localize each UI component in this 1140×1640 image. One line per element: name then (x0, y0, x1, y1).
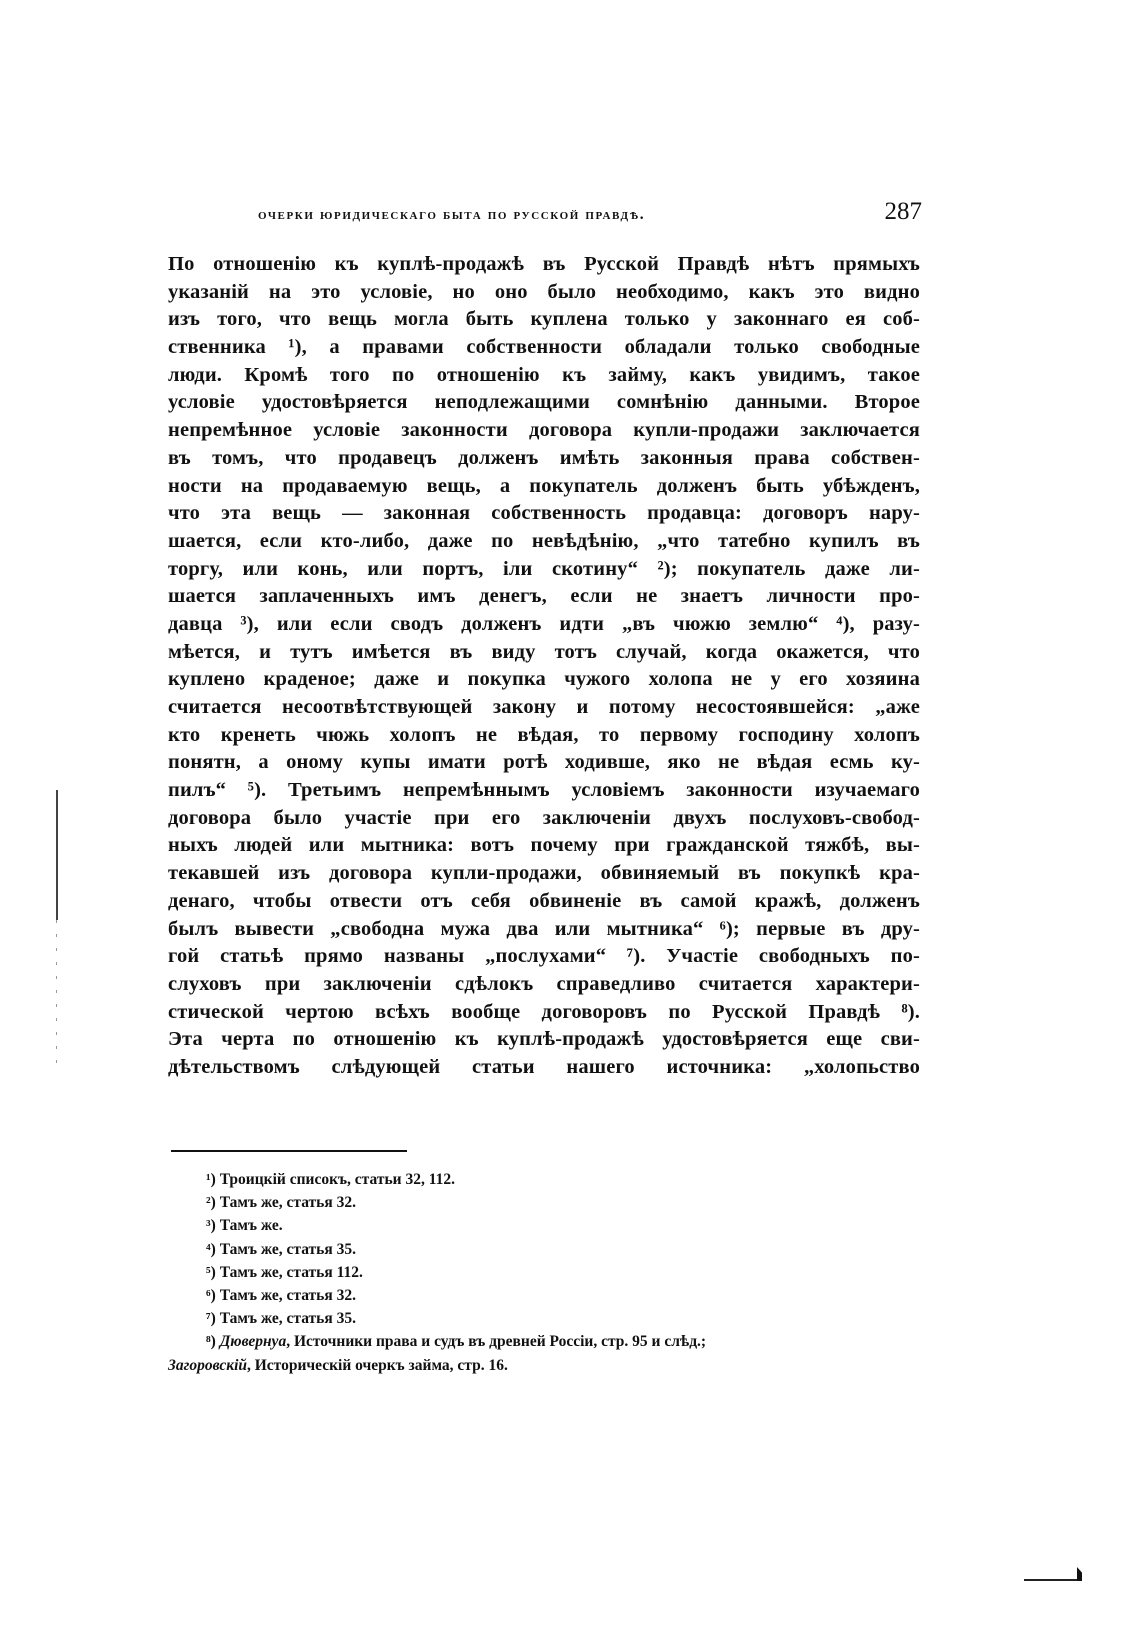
footnote-author: Дювернуа (220, 1333, 287, 1350)
text-line: Эта черта по отношенію къ куплѣ-продажѣ … (168, 1026, 920, 1054)
text-line: изъ того, что вещь могла быть куплена то… (168, 306, 920, 334)
text-line: куплено краденое; даже и покупка чужого … (168, 666, 920, 694)
footnote-text: Тамъ же, статья 112. (220, 1264, 363, 1281)
text-line: ственника ¹), а правами собственности об… (168, 334, 920, 362)
text-line: мѣется, и тутъ имѣется въ виду тотъ случ… (168, 639, 920, 667)
text-line: давца ³), или если сводъ долженъ идти „в… (168, 611, 920, 639)
footnote-text: , Историческій очеркъ займа, стр. 16. (247, 1357, 508, 1374)
text-line: указаній на это условіе, но оно было нео… (168, 279, 920, 307)
footnote-8-continued: Загоровскій, Историческій очеркъ займа, … (168, 1354, 920, 1377)
footnote-separator (171, 1150, 407, 1152)
footnote-mark: ⁴) (206, 1241, 216, 1258)
page-corner-mark-icon (1024, 1567, 1084, 1581)
footnote-mark: ⁵) (206, 1264, 216, 1281)
footnote-text: Тамъ же, статья 35. (220, 1310, 356, 1327)
text-line: непремѣнное условіе законности договора … (168, 417, 920, 445)
book-page: Очерки юридическаго быта по Русской Прав… (0, 0, 1140, 1640)
text-line: пилъ“ ⁵). Третьимъ непремѣннымъ условіем… (168, 777, 920, 805)
footnote-mark: ⁶) (206, 1287, 216, 1304)
text-line: ныхъ людей или мытника: вотъ почему при … (168, 832, 920, 860)
text-line: договора было участіе при его заключеніи… (168, 805, 920, 833)
footnote-text: Тамъ же. (220, 1217, 283, 1234)
text-line: въ томъ, что продавецъ долженъ имѣть зак… (168, 445, 920, 473)
text-line: кто кренеть чюжь холопъ не вѣдая, то пер… (168, 722, 920, 750)
text-line: денаго, чтобы отвести отъ себя обвиненіе… (168, 888, 920, 916)
footnote-7: ⁷) Тамъ же, статья 35. (168, 1307, 920, 1330)
footnote-mark: ³) (206, 1217, 216, 1234)
footnote-8: ⁸) Дювернуа, Источники права и судъ въ д… (168, 1330, 920, 1353)
text-line: шается заплаченныхъ имъ денегъ, если не … (168, 583, 920, 611)
text-line: шается, если кто-либо, даже по невѣдѣнію… (168, 528, 920, 556)
margin-scan-line (56, 790, 58, 920)
text-line: условіе удостовѣряется неподлежащими сом… (168, 389, 920, 417)
text-line: считается несоотвѣтствующей закону и пот… (168, 694, 920, 722)
text-line: текавшей изъ договора купли-продажи, обв… (168, 860, 920, 888)
text-line: По отношенію къ куплѣ-продажѣ въ Русской… (168, 251, 920, 279)
footnote-author: Загоровскій (168, 1357, 247, 1374)
footnote-text: , Источники права и судъ въ древней Росс… (286, 1333, 706, 1350)
text-line: ности на продаваемую вещь, а покупатель … (168, 473, 920, 501)
footnote-mark: ⁸) (206, 1333, 216, 1350)
margin-scan-dots (56, 920, 57, 1070)
footnote-text: Тамъ же, статья 32. (220, 1194, 356, 1211)
footnote-1: ¹) Троицкій списокъ, статьи 32, 112. (168, 1168, 920, 1191)
corner-mark-bar (1024, 1579, 1082, 1582)
footnote-6: ⁶) Тамъ же, статья 32. (168, 1284, 920, 1307)
footnote-text: Троицкій списокъ, статьи 32, 112. (220, 1171, 455, 1188)
footnote-5: ⁵) Тамъ же, статья 112. (168, 1261, 920, 1284)
footnote-text: Тамъ же, статья 32. (220, 1287, 356, 1304)
text-line: торгу, или конь, или портъ, іли скотину“… (168, 556, 920, 584)
footnote-text: Тамъ же, статья 35. (220, 1241, 356, 1258)
footnote-2: ²) Тамъ же, статья 32. (168, 1191, 920, 1214)
text-line: дѣтельствомъ слѣдующей статьи нашего ист… (168, 1054, 920, 1082)
footnote-mark: ²) (206, 1194, 216, 1211)
running-title: Очерки юридическаго быта по Русской Прав… (258, 206, 645, 224)
footnote-3: ³) Тамъ же. (168, 1214, 920, 1237)
text-line: люди. Кромѣ того по отношенію къ займу, … (168, 362, 920, 390)
running-head: Очерки юридическаго быта по Русской Прав… (258, 198, 922, 232)
page-number: 287 (885, 198, 923, 226)
footnotes: ¹) Троицкій списокъ, статьи 32, 112. ²) … (168, 1168, 920, 1377)
corner-mark-tip (1077, 1567, 1082, 1581)
text-line: понятн, а оному купы имати ротѣ ходивше,… (168, 749, 920, 777)
body-text: По отношенію къ куплѣ-продажѣ въ Русской… (168, 251, 920, 1082)
text-line: что эта вещь — законная собственность пр… (168, 500, 920, 528)
text-line: стической чертою всѣхъ вообще договоровъ… (168, 999, 920, 1027)
text-line: гой статьѣ прямо названы „послухами“ ⁷).… (168, 943, 920, 971)
footnote-4: ⁴) Тамъ же, статья 35. (168, 1238, 920, 1261)
footnote-mark: ¹) (206, 1171, 216, 1188)
text-line: слуховъ при заключеніи сдѣлокъ справедли… (168, 971, 920, 999)
footnote-mark: ⁷) (206, 1310, 216, 1327)
text-line: былъ вывести „свободна мужа два или мытн… (168, 916, 920, 944)
